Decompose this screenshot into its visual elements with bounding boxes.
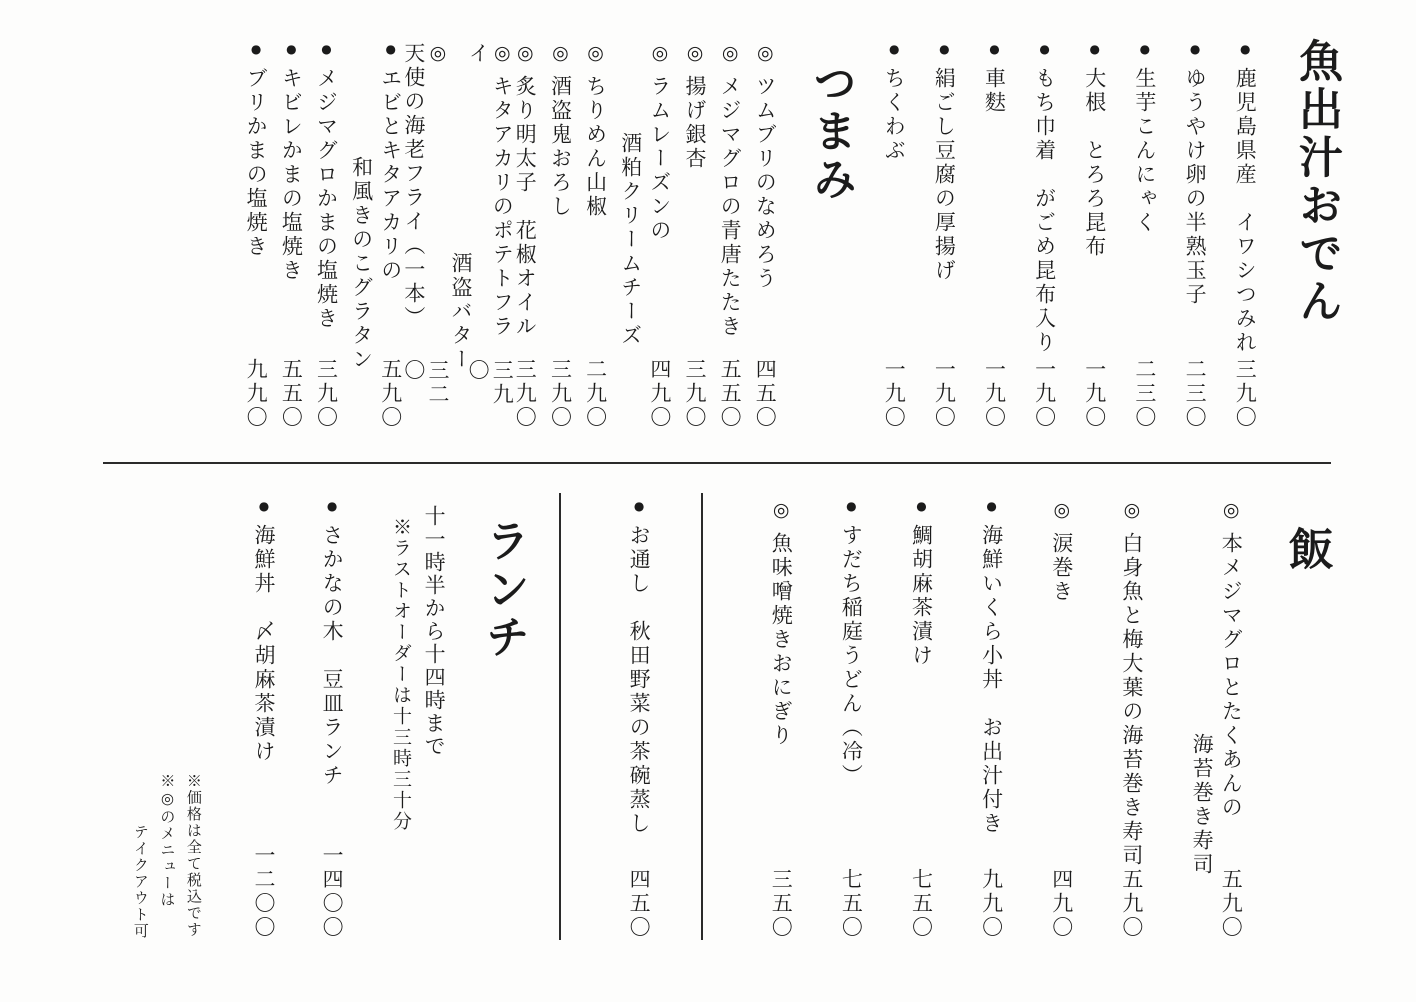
menu-item-price: 一九〇 <box>882 358 906 430</box>
menu-item-label: ラムレーズンの <box>648 75 672 243</box>
menu-item-primary-column: ◎ツムブリのなめろう四五〇 <box>753 36 777 430</box>
menu-item-label: ツムブリのなめろう <box>753 75 777 291</box>
lunch-section-title: ランチ <box>476 493 529 940</box>
menu-item-label: 本メジマグロとたくあんの <box>1219 532 1243 820</box>
menu-item-name-line2: 和風きのこグラタン <box>349 36 373 430</box>
menu-item: ●車麩一九〇 <box>982 36 1006 430</box>
menu-item-name: ●メジマグロかまの塩焼き <box>314 36 338 331</box>
menu-item-price: 一二〇〇 <box>252 844 276 940</box>
menu-item: ●鯛胡麻茶漬け七五〇 <box>909 493 933 940</box>
menu-item: ●ちくわぶ一九〇 <box>882 36 906 430</box>
vertical-divider <box>559 493 561 940</box>
menu-item-price: 五五〇 <box>279 358 303 430</box>
menu-item: ●エビとキタアカリの五九〇和風きのこグラタン <box>349 36 402 430</box>
bullet-icon: ● <box>937 42 951 59</box>
menu-item: ●メジマグロかまの塩焼き三九〇 <box>314 36 338 430</box>
menu-item-price: 五九〇 <box>379 358 403 430</box>
menu-item-price: 三五〇 <box>769 868 793 940</box>
menu-item: ◎ちりめん山椒二九〇 <box>583 36 607 430</box>
menu-item-label: 鯛胡麻茶漬け <box>910 524 934 668</box>
menu-item-price: 七五〇 <box>909 868 933 940</box>
menu-item-label: すだち稲庭うどん（冷） <box>839 524 863 788</box>
menu-item-name: ◎ツムブリのなめろう <box>753 36 777 291</box>
menu-item-label: 白身魚と梅大葉の海苔巻き寿司 <box>1120 532 1144 868</box>
menu-item-primary-column: ◎揚げ銀杏三九〇 <box>683 36 707 430</box>
menu-item-price: 七五〇 <box>839 868 863 940</box>
double-circle-icon: ◎ <box>754 42 776 67</box>
menu-item-name: ●鯛胡麻茶漬け <box>909 493 933 668</box>
menu-item-primary-column: ●ちくわぶ一九〇 <box>882 36 906 430</box>
bullet-icon: ● <box>1088 42 1102 59</box>
menu-item-primary-column: ◎キタアカリのポテトフライ三九〇 <box>478 36 502 430</box>
oden-section-title: 魚出汁おでん <box>1289 36 1342 430</box>
double-circle-icon: ◎ <box>514 42 536 67</box>
bullet-icon: ● <box>325 499 339 516</box>
menu-item-primary-column: ●メジマグロかまの塩焼き三九〇 <box>314 36 338 430</box>
menu-item-primary-column: ●すだち稲庭うどん（冷）七五〇 <box>839 493 863 940</box>
menu-item-price: 二三〇 <box>1183 358 1207 430</box>
menu-item: ◎酒盗鬼おろし三九〇 <box>548 36 572 430</box>
menu-item-label: キビレかまの塩焼き <box>279 67 303 283</box>
vertical-divider <box>701 493 703 940</box>
menu-item-name: ◎ラムレーズンの <box>648 36 672 243</box>
menu-item-name: ●生芋こんにゃく <box>1133 36 1157 235</box>
lunch-hours-note: ※ラストオーダーは十三時三十分 <box>389 493 411 940</box>
menu-item-price: 三九〇 <box>466 359 514 430</box>
menu-item: ◎魚味噌焼きおにぎり三五〇 <box>769 493 793 940</box>
menu-item: ●すだち稲庭うどん（冷）七五〇 <box>839 493 863 940</box>
menu-item-primary-column: ●さかなの木 豆皿ランチ一四〇〇 <box>320 493 344 940</box>
menu-item-price: 五九〇 <box>1219 868 1243 940</box>
menu-item: ◎メジマグロの青唐たたき五五〇 <box>718 36 742 430</box>
menu-item-primary-column: ●ゆうやけ卵の半熟玉子二三〇 <box>1183 36 1207 430</box>
footnote: ※◎のメニューは <box>159 773 176 940</box>
menu-item-price: 五九〇 <box>1120 868 1144 940</box>
menu-item-primary-column: ●大根 とろろ昆布一九〇 <box>1083 36 1107 430</box>
menu-item-primary-column: ◎天使の海老フライ（一本）三二〇 <box>414 36 438 430</box>
menu-item-primary-column: ◎本メジマグロとたくあんの五九〇 <box>1219 493 1243 940</box>
menu-item-primary-column: ◎魚味噌焼きおにぎり三五〇 <box>769 493 793 940</box>
menu-item-primary-column: ◎酒盗鬼おろし三九〇 <box>548 36 572 430</box>
menu-item-name: ●ちくわぶ <box>882 36 906 163</box>
menu-item-primary-column: ◎白身魚と梅大葉の海苔巻き寿司五九〇 <box>1120 493 1144 940</box>
top-band: 魚出汁おでん ●鹿児島県産 イワシつみれ三九〇●ゆうやけ卵の半熟玉子二三〇●生芋… <box>233 36 1342 430</box>
menu-item-price: 三九〇 <box>548 358 572 430</box>
menu-item: ●絹ごし豆腐の厚揚げ一九〇 <box>932 36 956 430</box>
menu-item-name-line2: 海苔巻き寿司 <box>1190 493 1214 940</box>
menu-item-price: 九九〇 <box>244 358 268 430</box>
menu-item-price: 三九〇 <box>1233 358 1257 430</box>
menu-item-primary-column: ●海鮮丼 〆胡麻茶漬け一二〇〇 <box>252 493 276 940</box>
menu-item-primary-column: ●鯛胡麻茶漬け七五〇 <box>909 493 933 940</box>
bullet-icon: ● <box>915 499 929 516</box>
double-circle-icon: ◎ <box>1121 499 1143 524</box>
menu-item-price: 三九〇 <box>513 358 537 430</box>
bullet-icon: ● <box>632 499 646 516</box>
menu-item-name: ◎キタアカリのポテトフライ <box>466 36 514 359</box>
menu-item-label: ちりめん山椒 <box>584 75 608 219</box>
menu-item-price: 二九〇 <box>583 358 607 430</box>
menu-item-name: ◎本メジマグロとたくあんの <box>1219 493 1243 820</box>
menu-item-primary-column: ●生芋こんにゃく二三〇 <box>1133 36 1157 430</box>
double-circle-icon: ◎ <box>649 42 671 67</box>
bullet-icon: ● <box>844 499 858 516</box>
double-circle-icon: ◎ <box>1051 499 1073 524</box>
menu-item: ◎揚げ銀杏三九〇 <box>683 36 707 430</box>
menu-item-label: さかなの木 豆皿ランチ <box>320 524 344 788</box>
menu-item-name: ●海鮮いくら小丼 お出汁付き <box>980 493 1004 836</box>
menu-item-price: 四九〇 <box>1050 868 1074 940</box>
menu-item-primary-column: ●エビとキタアカリの五九〇 <box>379 36 403 430</box>
menu-item-price: 四五〇 <box>627 868 651 940</box>
double-circle-icon: ◎ <box>491 42 513 67</box>
bullet-icon: ● <box>1188 42 1202 59</box>
menu-item-label: 炙り明太子 花椒オイル <box>513 75 537 339</box>
menu-item-price: 四九〇 <box>648 358 672 430</box>
menu-item-label: 酒盗鬼おろし <box>548 75 572 219</box>
footnote: ※価格は全て税込です <box>185 773 202 940</box>
menu-item-name-line2: 酒粕クリームチーズ <box>619 36 643 430</box>
menu-item-price: 一九〇 <box>982 358 1006 430</box>
tsumami-section-title: つまみ <box>803 36 856 430</box>
menu-item-name: ●海鮮丼 〆胡麻茶漬け <box>252 493 276 764</box>
menu-item: ●さかなの木 豆皿ランチ一四〇〇 <box>320 493 344 940</box>
menu-item-label: 海鮮いくら小丼 お出汁付き <box>980 524 1004 836</box>
menu-item: ◎天使の海老フライ（一本）三二〇 <box>414 36 438 430</box>
lunch-hours-note: 十一時半から十四時まで <box>422 493 446 940</box>
menu-item-label: 車麩 <box>983 67 1007 115</box>
menu-item-price: 五五〇 <box>718 358 742 430</box>
menu-item-primary-column: ◎メジマグロの青唐たたき五五〇 <box>718 36 742 430</box>
footnotes: ※価格は全て税込です※◎のメニューはテイクアウト可 <box>122 493 202 940</box>
double-circle-icon: ◎ <box>719 42 741 67</box>
menu-item-label: ちくわぶ <box>882 67 906 163</box>
bullet-icon: ● <box>1038 42 1052 59</box>
menu-item-label: キタアカリのポテトフライ <box>466 42 514 339</box>
menu-item: ◎本メジマグロとたくあんの五九〇海苔巻き寿司 <box>1190 493 1243 940</box>
menu-item-price: 三九〇 <box>314 358 338 430</box>
menu-item: ◎炙り明太子 花椒オイル三九〇 <box>513 36 537 430</box>
menu-item-name: ●絹ごし豆腐の厚揚げ <box>932 36 956 283</box>
menu-item: ◎涙巻き四九〇 <box>1050 493 1074 940</box>
menu-item: ◎ラムレーズンの四九〇酒粕クリームチーズ <box>619 36 672 430</box>
menu-item: ●海鮮いくら小丼 お出汁付き九九〇 <box>980 493 1004 940</box>
menu-item-price: 二三〇 <box>1133 358 1157 430</box>
menu-item-primary-column: ●車麩一九〇 <box>982 36 1006 430</box>
double-circle-icon: ◎ <box>1220 499 1242 524</box>
menu-item-label: 魚味噌焼きおにぎり <box>769 532 793 748</box>
menu-item: ●鹿児島県産 イワシつみれ三九〇 <box>1233 36 1257 430</box>
menu-item-price: 一九〇 <box>1033 358 1057 430</box>
menu-item-label: 鹿児島県産 イワシつみれ <box>1233 67 1257 355</box>
menu-item: ◎ツムブリのなめろう四五〇 <box>753 36 777 430</box>
menu-item-name: ●さかなの木 豆皿ランチ <box>320 493 344 788</box>
bullet-icon: ● <box>249 42 263 59</box>
double-circle-icon: ◎ <box>549 42 571 67</box>
menu-item-label: メジマグロの青唐たたき <box>718 75 742 339</box>
menu-item-price: 一九〇 <box>1083 358 1107 430</box>
menu-item-name: ●お通し 秋田野菜の茶碗蒸し <box>627 493 651 836</box>
menu-item-primary-column: ●キビレかまの塩焼き五五〇 <box>279 36 303 430</box>
double-circle-icon: ◎ <box>585 42 607 67</box>
meshi-section-title: 飯 <box>1279 493 1332 940</box>
menu-item-name: ●鹿児島県産 イワシつみれ <box>1233 36 1257 355</box>
menu-item-name: ◎揚げ銀杏 <box>683 36 707 171</box>
menu-item-primary-column: ●絹ごし豆腐の厚揚げ一九〇 <box>932 36 956 430</box>
menu-item: ●お通し 秋田野菜の茶碗蒸し四五〇 <box>627 493 651 940</box>
menu-item-label: もち巾着 がごめ昆布入り <box>1033 67 1057 355</box>
menu-item-label: 生芋こんにゃく <box>1133 67 1157 235</box>
menu-item-primary-column: ●ブリかまの塩焼き九九〇 <box>244 36 268 430</box>
menu-item-price: 四五〇 <box>753 358 777 430</box>
menu-item-primary-column: ◎ちりめん山椒二九〇 <box>583 36 607 430</box>
bullet-icon: ● <box>257 499 271 516</box>
menu-item-label: エビとキタアカリの <box>379 67 403 283</box>
menu-item-label: お通し 秋田野菜の茶碗蒸し <box>627 524 651 836</box>
menu-item-name: ◎炙り明太子 花椒オイル <box>513 36 537 339</box>
menu-item-label: メジマグロかまの塩焼き <box>314 67 338 331</box>
menu-item-name: ●ゆうやけ卵の半熟玉子 <box>1183 36 1207 307</box>
menu-item-name: ◎酒盗鬼おろし <box>548 36 572 219</box>
bullet-icon: ● <box>988 42 1002 59</box>
menu-item-label: ゆうやけ卵の半熟玉子 <box>1183 67 1207 307</box>
menu-item-label: 絹ごし豆腐の厚揚げ <box>932 67 956 283</box>
menu-item-primary-column: ●鹿児島県産 イワシつみれ三九〇 <box>1233 36 1257 430</box>
menu-item: ●ゆうやけ卵の半熟玉子二三〇 <box>1183 36 1207 430</box>
menu-item-label: ブリかまの塩焼き <box>244 67 268 259</box>
menu-item-price: 九九〇 <box>980 868 1004 940</box>
bullet-icon: ● <box>1238 42 1252 59</box>
menu-item-name: ◎白身魚と梅大葉の海苔巻き寿司 <box>1120 493 1144 868</box>
horizontal-divider <box>103 462 1331 464</box>
menu-item: ●もち巾着 がごめ昆布入り一九〇 <box>1033 36 1057 430</box>
bullet-icon: ● <box>985 499 999 516</box>
menu-item: ●ブリかまの塩焼き九九〇 <box>244 36 268 430</box>
menu-item-label: 海鮮丼 〆胡麻茶漬け <box>252 524 276 764</box>
bullet-icon: ● <box>887 42 901 59</box>
double-circle-icon: ◎ <box>684 42 706 67</box>
menu-item-name: ●すだち稲庭うどん（冷） <box>839 493 863 788</box>
menu-item-name: ◎ちりめん山椒 <box>583 36 607 219</box>
menu-item-name: ◎メジマグロの青唐たたき <box>718 36 742 339</box>
bullet-icon: ● <box>1138 42 1152 59</box>
menu-item-primary-column: ◎涙巻き四九〇 <box>1050 493 1074 940</box>
double-circle-icon: ◎ <box>427 42 449 67</box>
menu-item: ●大根 とろろ昆布一九〇 <box>1083 36 1107 430</box>
menu-item: ●生芋こんにゃく二三〇 <box>1133 36 1157 430</box>
menu-item: ●キビレかまの塩焼き五五〇 <box>279 36 303 430</box>
menu-item-primary-column: ●海鮮いくら小丼 お出汁付き九九〇 <box>980 493 1004 940</box>
bullet-icon: ● <box>284 42 298 59</box>
menu-item-label: 大根 とろろ昆布 <box>1083 67 1107 259</box>
double-circle-icon: ◎ <box>770 499 792 524</box>
menu-item-price: 三九〇 <box>683 358 707 430</box>
menu-item: ◎キタアカリのポテトフライ三九〇酒盗バター <box>449 36 502 430</box>
menu-item-name: ●キビレかまの塩焼き <box>279 36 303 283</box>
menu-item-price: 一四〇〇 <box>320 844 344 940</box>
menu-item-primary-column: ◎炙り明太子 花椒オイル三九〇 <box>513 36 537 430</box>
menu-item-primary-column: ●お通し 秋田野菜の茶碗蒸し四五〇 <box>627 493 651 940</box>
bottom-band: 飯 ◎本メジマグロとたくあんの五九〇海苔巻き寿司◎白身魚と梅大葉の海苔巻き寿司五… <box>122 493 1332 940</box>
menu-item-label: 天使の海老フライ（一本） <box>402 42 426 330</box>
menu-item-name: ◎涙巻き <box>1050 493 1074 604</box>
bullet-icon: ● <box>319 42 333 59</box>
menu-item-price: 三二〇 <box>402 359 450 430</box>
menu-item-primary-column: ●もち巾着 がごめ昆布入り一九〇 <box>1033 36 1057 430</box>
bullet-icon: ● <box>384 42 398 59</box>
menu-item-label: 涙巻き <box>1050 532 1074 604</box>
menu-item-name: ●もち巾着 がごめ昆布入り <box>1033 36 1057 355</box>
menu-item-primary-column: ◎ラムレーズンの四九〇 <box>648 36 672 430</box>
menu-item-price: 一九〇 <box>932 358 956 430</box>
menu-item-name: ●エビとキタアカリの <box>379 36 403 283</box>
menu-item-label: 揚げ銀杏 <box>683 75 707 171</box>
menu-item-name: ●ブリかまの塩焼き <box>244 36 268 259</box>
menu-item-name: ◎天使の海老フライ（一本） <box>402 36 450 359</box>
footnote: テイクアウト可 <box>132 773 149 940</box>
menu-item-name: ●車麩 <box>982 36 1006 115</box>
menu-item: ◎白身魚と梅大葉の海苔巻き寿司五九〇 <box>1120 493 1144 940</box>
menu-item: ●海鮮丼 〆胡麻茶漬け一二〇〇 <box>252 493 276 940</box>
menu-item-name: ●大根 とろろ昆布 <box>1083 36 1107 259</box>
menu-item-name: ◎魚味噌焼きおにぎり <box>769 493 793 748</box>
